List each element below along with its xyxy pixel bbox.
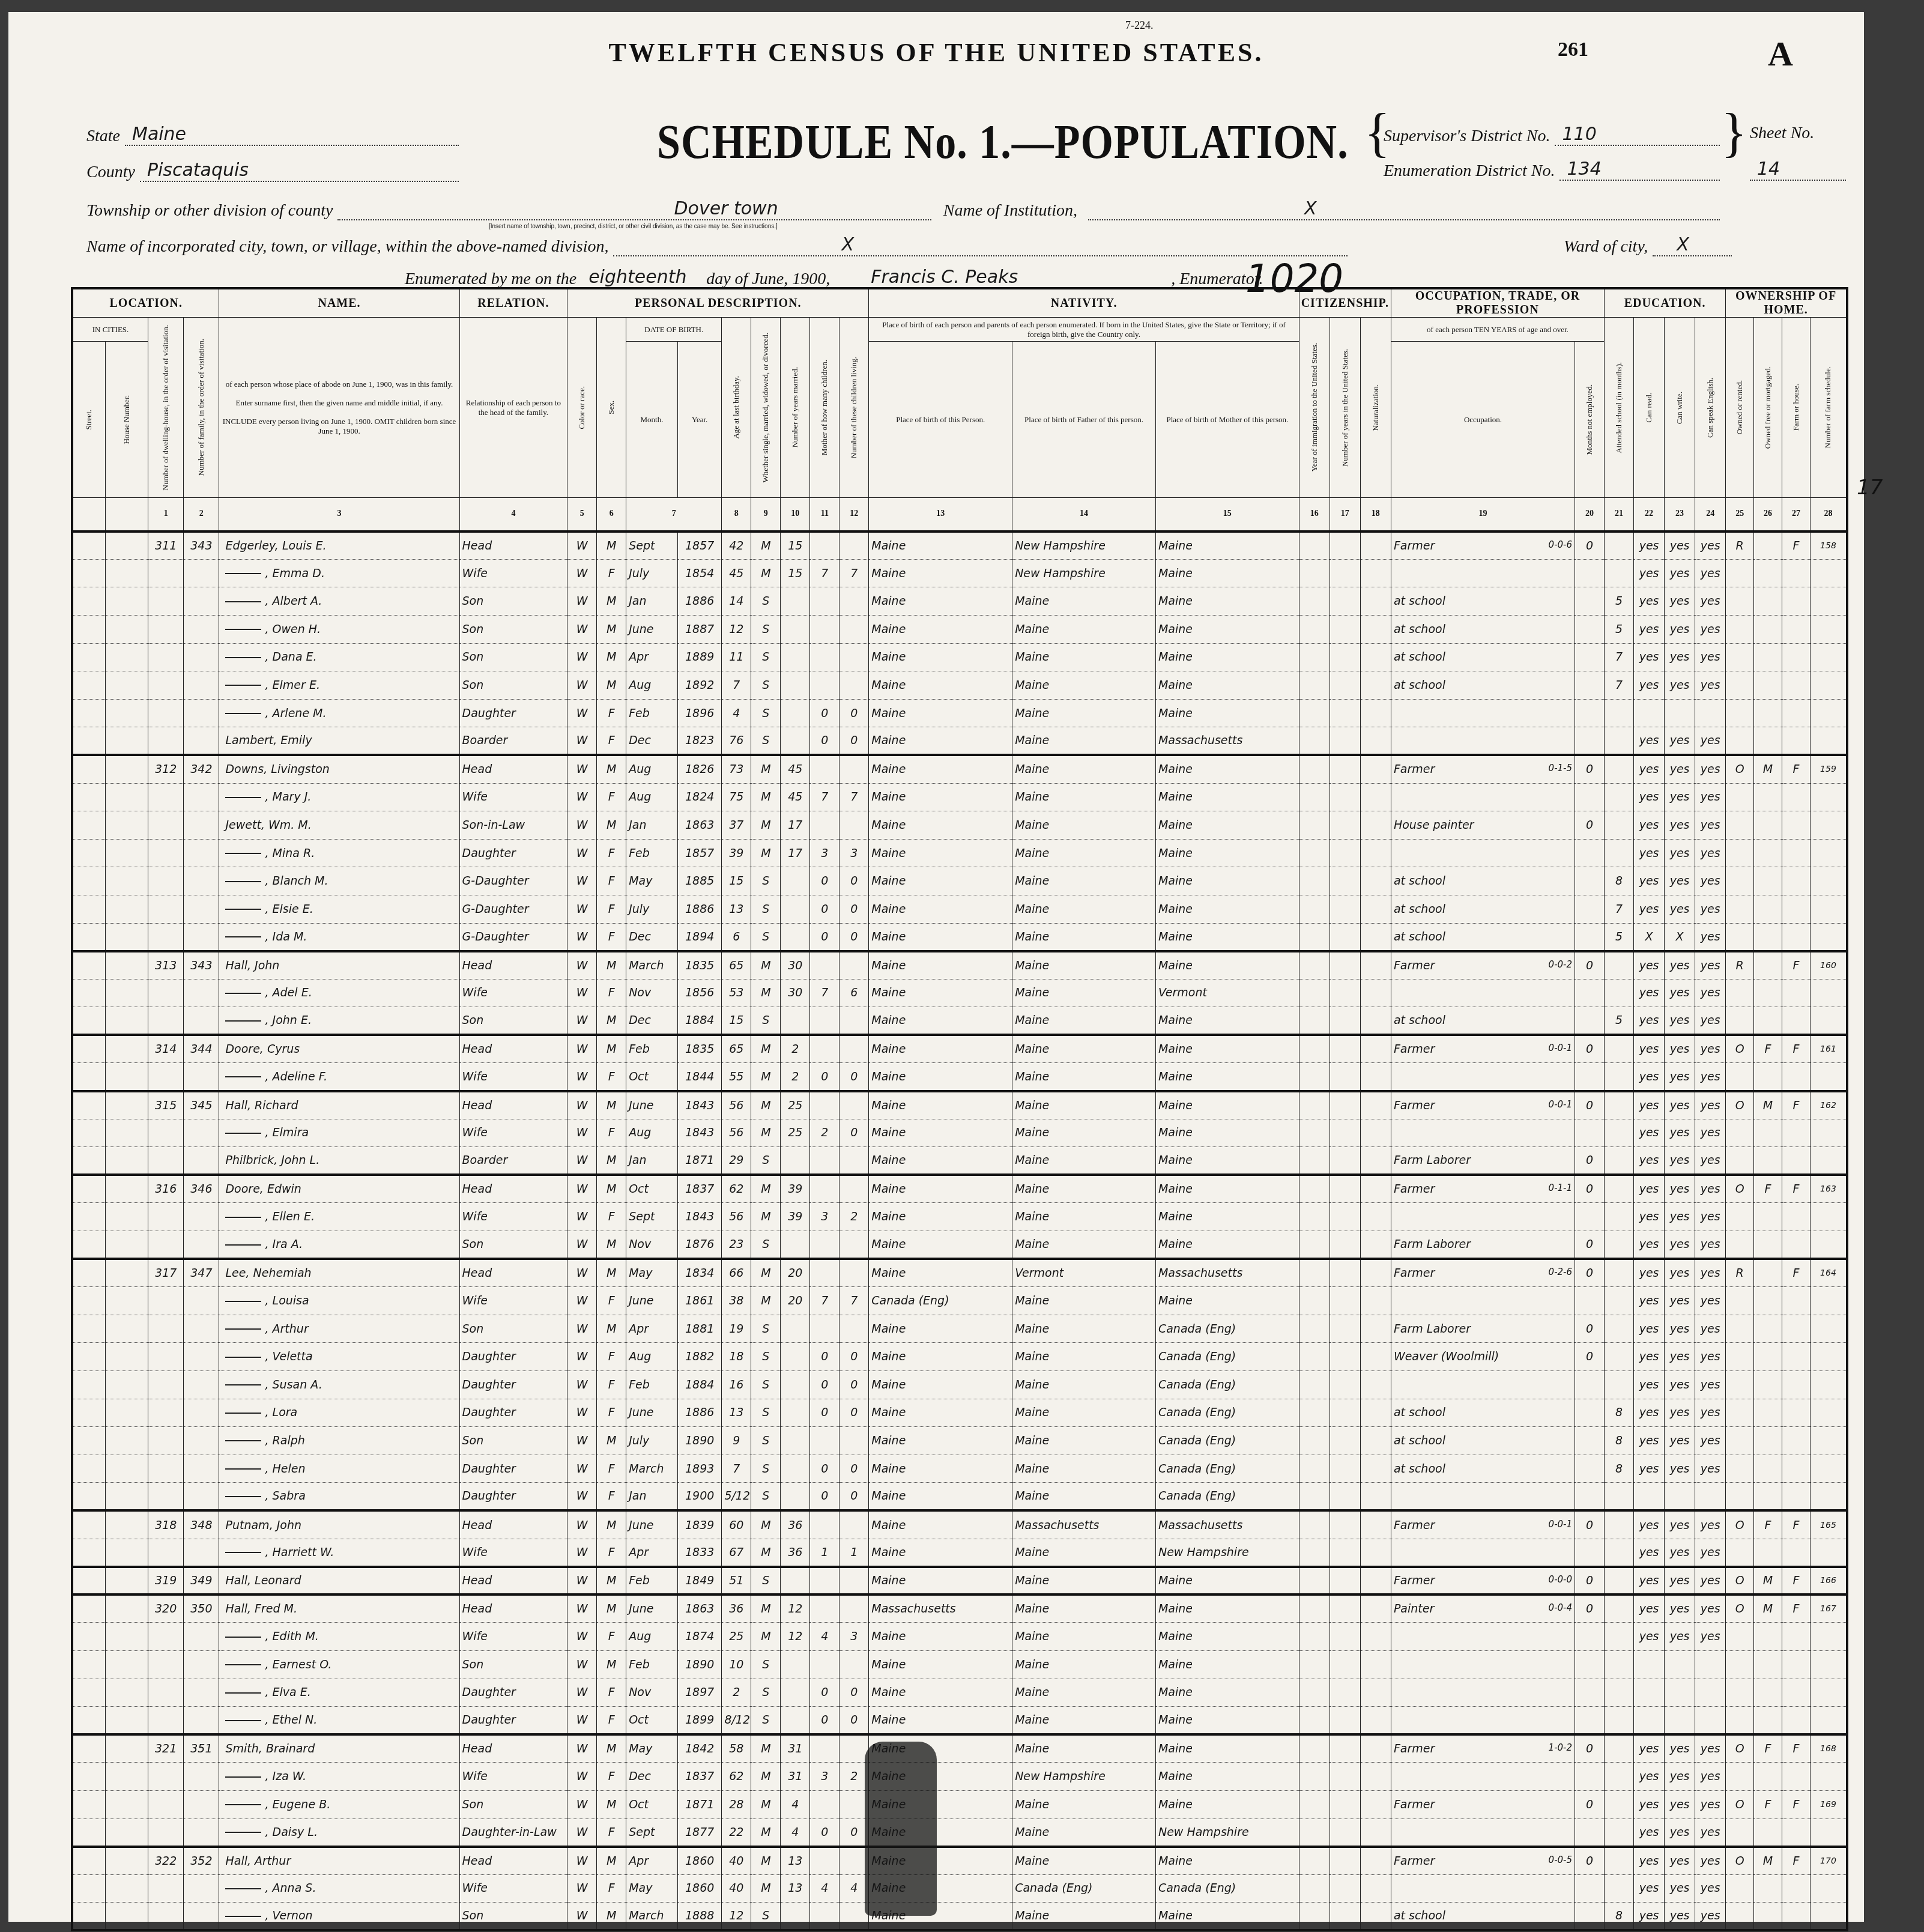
cell-children-living: 2 — [839, 1203, 869, 1231]
cell-can-read: yes — [1634, 1818, 1665, 1847]
cell-farm-schedule — [1810, 1874, 1847, 1903]
given-name: Ralph — [273, 1434, 305, 1447]
cell-name: , Louisa — [219, 1287, 459, 1315]
cell-occupation — [1391, 1539, 1575, 1567]
cell-father-birthplace: Maine — [1012, 699, 1156, 727]
cell-can-speak-english: yes — [1695, 811, 1726, 840]
occupation-code: 1-0-2 — [1549, 1742, 1572, 1753]
cell-birthplace: Maine — [869, 1203, 1012, 1231]
header-free-mortgaged: Owned free or mortgaged. — [1754, 318, 1782, 498]
occupation-text: Farmer — [1394, 763, 1435, 776]
cell-month: Jan — [626, 1147, 678, 1175]
cell-occupation: at school — [1391, 923, 1575, 951]
cell-street — [72, 587, 105, 616]
ditto-dash — [225, 1637, 261, 1638]
cell-street — [72, 1147, 105, 1175]
cell-occupation: Farm Laborer — [1391, 1147, 1575, 1175]
cell-immigration-year — [1299, 1203, 1330, 1231]
cell-naturalization — [1360, 531, 1391, 560]
cell-owned-rented: O — [1726, 1091, 1754, 1119]
ditto-dash — [225, 1832, 261, 1833]
cell-naturalization — [1360, 671, 1391, 700]
cell-yrs-married: 17 — [781, 811, 810, 840]
cell-owned-rented — [1726, 1818, 1754, 1847]
cell-free-mortgaged — [1754, 811, 1782, 840]
cell-naturalization — [1360, 1287, 1391, 1315]
cell-occupation: at school — [1391, 1455, 1575, 1483]
cell-owned-rented: O — [1726, 1510, 1754, 1539]
cell-immigration-year — [1299, 979, 1330, 1007]
cell-occupation: Farmer0-0-0 — [1391, 1567, 1575, 1595]
cell-street — [72, 1707, 105, 1735]
cell-father-birthplace: Maine — [1012, 1539, 1156, 1567]
cell-father-birthplace: New Hampshire — [1012, 1763, 1156, 1791]
cell-age: 15 — [722, 867, 751, 895]
cell-immigration-year — [1299, 1679, 1330, 1707]
cell-free-mortgaged: M — [1754, 1567, 1782, 1595]
cell-free-mortgaged — [1754, 1650, 1782, 1679]
cell-attended-school — [1605, 1203, 1634, 1231]
cell-dwelling — [148, 895, 184, 923]
cell-years-in-us — [1330, 839, 1360, 867]
cell-name: , Iza W. — [219, 1763, 459, 1791]
cell-mother-of — [810, 1847, 839, 1875]
table-row: 320350Hall, Fred M.HeadWMJune186336M12Ma… — [72, 1594, 1847, 1623]
cell-immigration-year — [1299, 1063, 1330, 1091]
county-field: County Piscataquis — [86, 160, 459, 182]
cell-free-mortgaged: M — [1754, 755, 1782, 783]
cell-color: W — [567, 1287, 597, 1315]
cell-farm-schedule — [1810, 783, 1847, 811]
ditto-dash — [225, 797, 261, 798]
cell-mother-birthplace: Maine — [1155, 1679, 1299, 1707]
cell-mother-of: 3 — [810, 839, 839, 867]
cell-can-read: yes — [1634, 783, 1665, 811]
cell-occupation: Farmer0-1-5 — [1391, 755, 1575, 783]
cell-years-in-us — [1330, 1427, 1360, 1455]
cell-owned-rented: R — [1726, 1259, 1754, 1287]
cell-can-write: yes — [1665, 671, 1695, 700]
cell-month: Sept — [626, 1203, 678, 1231]
cell-farm-house — [1782, 839, 1811, 867]
sheet-field: 14 — [1750, 159, 1846, 181]
cell-house — [105, 1623, 148, 1651]
cell-farm-schedule — [1810, 1399, 1847, 1427]
cell-occupation: at school — [1391, 1427, 1575, 1455]
cell-yrs-married: 30 — [781, 951, 810, 980]
ditto-dash — [225, 1133, 261, 1134]
cell-occupation — [1391, 1650, 1575, 1679]
cell-dwelling — [148, 1119, 184, 1147]
cell-house — [105, 1343, 148, 1371]
cell-farm-house — [1782, 1763, 1811, 1791]
cell-marital: S — [751, 1343, 781, 1371]
cell-father-birthplace: Maine — [1012, 1399, 1156, 1427]
cell-owned-rented — [1726, 1343, 1754, 1371]
cell-dwelling — [148, 839, 184, 867]
table-row: , Elmer E.SonWMAug18927SMaineMaineMainea… — [72, 671, 1847, 700]
state-field: State Maine — [86, 124, 459, 146]
cell-immigration-year — [1299, 615, 1330, 643]
cell-relation: Son — [459, 587, 567, 616]
cell-age: 37 — [722, 811, 751, 840]
cell-relation: Head — [459, 1035, 567, 1063]
cell-relation: Head — [459, 1259, 567, 1287]
cell-owned-rented — [1726, 615, 1754, 643]
cell-can-read: yes — [1634, 1035, 1665, 1063]
city-value: X — [613, 234, 1348, 256]
cell-color: W — [567, 1790, 597, 1818]
table-row: Jewett, Wm. M.Son-in-LawWMJan186337M17Ma… — [72, 811, 1847, 840]
table-row: , Edith M.WifeWFAug187425M1243MaineMaine… — [72, 1623, 1847, 1651]
cell-can-read — [1634, 1483, 1665, 1511]
cell-immigration-year — [1299, 1483, 1330, 1511]
cell-years-in-us — [1330, 1847, 1360, 1875]
cell-owned-rented: O — [1726, 1734, 1754, 1763]
cell-month: Aug — [626, 1343, 678, 1371]
cell-sex: M — [597, 1847, 626, 1875]
cell-birthplace: Massachusetts — [869, 1594, 1012, 1623]
cell-mother-of — [810, 811, 839, 840]
cell-family — [184, 1874, 219, 1903]
cell-can-speak-english — [1695, 1650, 1726, 1679]
table-row: , RalphSonWMJuly18909SMaineMaineCanada (… — [72, 1427, 1847, 1455]
cell-occupation — [1391, 1818, 1575, 1847]
cell-birthplace: Maine — [869, 1483, 1012, 1511]
cell-months-unemployed: 0 — [1575, 531, 1605, 560]
cell-immigration-year — [1299, 811, 1330, 840]
cell-street — [72, 1259, 105, 1287]
cell-age: 2 — [722, 1679, 751, 1707]
cell-mother-of: 7 — [810, 1287, 839, 1315]
cell-marital: M — [751, 1203, 781, 1231]
cell-years-in-us — [1330, 1539, 1360, 1567]
cell-naturalization — [1360, 1063, 1391, 1091]
cell-color: W — [567, 951, 597, 980]
cell-age: 13 — [722, 1399, 751, 1427]
given-name: John E. — [273, 1014, 312, 1027]
cell-naturalization — [1360, 1343, 1391, 1371]
cell-year: 1887 — [677, 615, 721, 643]
cell-attended-school: 7 — [1605, 895, 1634, 923]
cell-yrs-married — [781, 1427, 810, 1455]
cell-marital: S — [751, 643, 781, 671]
cell-name: Lambert, Emily — [219, 727, 459, 756]
cell-owned-rented — [1726, 1679, 1754, 1707]
cell-year: 1824 — [677, 783, 721, 811]
cell-children-living — [839, 1259, 869, 1287]
cell-children-living — [839, 1007, 869, 1035]
cell-year: 1892 — [677, 671, 721, 700]
cell-mother-of — [810, 1594, 839, 1623]
cell-children-living — [839, 1427, 869, 1455]
cell-color: W — [567, 1063, 597, 1091]
cell-relation: Wife — [459, 1874, 567, 1903]
given-name: Blanch M. — [273, 874, 328, 888]
cell-can-write: yes — [1665, 1035, 1695, 1063]
cell-street — [72, 1063, 105, 1091]
table-row: , Owen H.SonWMJune188712SMaineMaineMaine… — [72, 615, 1847, 643]
cell-dwelling — [148, 1903, 184, 1931]
cell-can-write: yes — [1665, 1623, 1695, 1651]
cell-mother-of: 0 — [810, 727, 839, 756]
cell-street — [72, 1399, 105, 1427]
cell-marital: M — [751, 1734, 781, 1763]
cell-dwelling — [148, 1707, 184, 1735]
cell-sex: F — [597, 1763, 626, 1791]
cell-family: 351 — [184, 1734, 219, 1763]
cell-can-speak-english: yes — [1695, 1903, 1726, 1931]
cell-name: , Arlene M. — [219, 699, 459, 727]
cell-occupation: at school — [1391, 587, 1575, 616]
cell-age: 75 — [722, 783, 751, 811]
cell-age: 51 — [722, 1567, 751, 1595]
cell-owned-rented — [1726, 1315, 1754, 1343]
cell-father-birthplace: Maine — [1012, 1035, 1156, 1063]
cell-relation: Boarder — [459, 1147, 567, 1175]
cell-months-unemployed: 0 — [1575, 1315, 1605, 1343]
cell-family: 343 — [184, 951, 219, 980]
table-row: , LoraDaughterWFJune188613S00MaineMaineC… — [72, 1399, 1847, 1427]
cell-months-unemployed: 0 — [1575, 1175, 1605, 1203]
cell-mother-birthplace: Maine — [1155, 615, 1299, 643]
ditto-dash — [225, 1440, 261, 1441]
cell-attended-school — [1605, 1063, 1634, 1091]
cell-father-birthplace: Maine — [1012, 923, 1156, 951]
cell-can-speak-english: yes — [1695, 979, 1726, 1007]
cell-dwelling — [148, 587, 184, 616]
cell-relation: G-Daughter — [459, 895, 567, 923]
cell-name: , Eugene B. — [219, 1790, 459, 1818]
cell-years-in-us — [1330, 1790, 1360, 1818]
column-number-row: 1 2 3 4 5 6 7 8 9 10 11 12 13 14 15 16 1… — [72, 498, 1847, 531]
cell-father-birthplace: Maine — [1012, 1903, 1156, 1931]
cell-house — [105, 1763, 148, 1791]
cell-free-mortgaged — [1754, 615, 1782, 643]
cell-color: W — [567, 699, 597, 727]
cell-dwelling — [148, 1287, 184, 1315]
cell-attended-school — [1605, 1594, 1634, 1623]
cell-name: , Dana E. — [219, 643, 459, 671]
cell-street — [72, 1287, 105, 1315]
cell-farm-house — [1782, 811, 1811, 840]
cell-immigration-year — [1299, 699, 1330, 727]
cell-can-write: yes — [1665, 531, 1695, 560]
cell-mother-birthplace: Maine — [1155, 1623, 1299, 1651]
cell-birthplace: Maine — [869, 1650, 1012, 1679]
cell-month: Oct — [626, 1790, 678, 1818]
cell-owned-rented — [1726, 1063, 1754, 1091]
cell-birthplace: Maine — [869, 1623, 1012, 1651]
cell-mother-of — [810, 1147, 839, 1175]
cell-color: W — [567, 531, 597, 560]
cell-can-speak-english — [1695, 1483, 1726, 1511]
cell-relation: Wife — [459, 979, 567, 1007]
cell-age: 36 — [722, 1594, 751, 1623]
surname: Edgerley — [225, 539, 274, 553]
cell-naturalization — [1360, 1259, 1391, 1287]
enumerated-field: Enumerated by me on the eighteenth day o… — [405, 267, 1546, 289]
cell-attended-school: 8 — [1605, 1903, 1634, 1931]
cell-can-write: yes — [1665, 1147, 1695, 1175]
occupation-code: 0-0-6 — [1549, 539, 1572, 550]
cell-age: 40 — [722, 1874, 751, 1903]
cell-street — [72, 895, 105, 923]
cell-immigration-year — [1299, 531, 1330, 560]
cell-owned-rented — [1726, 1874, 1754, 1903]
cell-sex: F — [597, 783, 626, 811]
cell-street — [72, 951, 105, 980]
cell-attended-school — [1605, 783, 1634, 811]
cell-free-mortgaged — [1754, 1903, 1782, 1931]
table-row: , LouisaWifeWFJune186138M2077Canada (Eng… — [72, 1287, 1847, 1315]
cell-can-write: yes — [1665, 783, 1695, 811]
cell-mother-of — [810, 1567, 839, 1595]
cell-yrs-married — [781, 727, 810, 756]
surname: Hall — [225, 1855, 247, 1868]
cell-naturalization — [1360, 1455, 1391, 1483]
cell-immigration-year — [1299, 1119, 1330, 1147]
cell-naturalization — [1360, 699, 1391, 727]
cell-color: W — [567, 587, 597, 616]
header-name: NAME. — [219, 288, 459, 318]
cell-dwelling — [148, 867, 184, 895]
cell-free-mortgaged — [1754, 727, 1782, 756]
cell-name: , Elsie E. — [219, 895, 459, 923]
cell-family — [184, 1287, 219, 1315]
occupation-text: House painter — [1394, 819, 1474, 832]
cell-mother-of: 0 — [810, 1371, 839, 1399]
cell-color: W — [567, 559, 597, 587]
cell-months-unemployed — [1575, 643, 1605, 671]
cell-immigration-year — [1299, 1231, 1330, 1259]
cell-immigration-year — [1299, 1007, 1330, 1035]
cell-relation: Daughter — [459, 699, 567, 727]
cell-birthplace: Canada (Eng) — [869, 1287, 1012, 1315]
cell-birthplace: Maine — [869, 755, 1012, 783]
cell-sex: M — [597, 1175, 626, 1203]
table-row: , Susan A.DaughterWFFeb188416S00MaineMai… — [72, 1371, 1847, 1399]
occupation-text: Farmer — [1394, 959, 1435, 972]
cell-farm-house — [1782, 699, 1811, 727]
cell-children-living: 0 — [839, 1679, 869, 1707]
cell-months-unemployed — [1575, 1203, 1605, 1231]
cell-yrs-married: 15 — [781, 531, 810, 560]
cell-yrs-married: 36 — [781, 1510, 810, 1539]
given-name: John L. — [281, 1154, 319, 1167]
cell-mother-of — [810, 643, 839, 671]
form-number: 7-224. — [1125, 19, 1154, 32]
cell-sex: M — [597, 1259, 626, 1287]
cell-immigration-year — [1299, 923, 1330, 951]
cell-marital: M — [751, 1510, 781, 1539]
cell-birthplace: Maine — [869, 979, 1012, 1007]
cell-can-speak-english — [1695, 1679, 1726, 1707]
cell-marital: S — [751, 1371, 781, 1399]
cell-name: , Blanch M. — [219, 867, 459, 895]
cell-house — [105, 1035, 148, 1063]
cell-occupation: at school — [1391, 671, 1575, 700]
cell-farm-house — [1782, 1650, 1811, 1679]
cell-relation: Wife — [459, 1063, 567, 1091]
cell-can-write: yes — [1665, 1091, 1695, 1119]
cell-can-speak-english: yes — [1695, 615, 1726, 643]
cell-farm-schedule: 168 — [1810, 1734, 1847, 1763]
cell-street — [72, 1035, 105, 1063]
cell-months-unemployed — [1575, 783, 1605, 811]
cell-month: July — [626, 559, 678, 587]
cell-house — [105, 1399, 148, 1427]
cell-father-birthplace: New Hampshire — [1012, 531, 1156, 560]
cell-owned-rented — [1726, 587, 1754, 616]
cell-yrs-married: 30 — [781, 979, 810, 1007]
cell-can-read: yes — [1634, 615, 1665, 643]
ditto-dash — [225, 1328, 261, 1330]
cell-attended-school — [1605, 755, 1634, 783]
cell-color: W — [567, 615, 597, 643]
header-years-married: Number of years married. — [781, 318, 810, 498]
surname: Smith — [225, 1742, 258, 1755]
cell-immigration-year — [1299, 951, 1330, 980]
cell-father-birthplace: Maine — [1012, 1707, 1156, 1735]
cell-year: 1897 — [677, 1679, 721, 1707]
cell-father-birthplace: Maine — [1012, 1315, 1156, 1343]
cell-birthplace: Maine — [869, 699, 1012, 727]
cell-color: W — [567, 671, 597, 700]
cell-house — [105, 867, 148, 895]
cell-relation: Boarder — [459, 727, 567, 756]
cell-house — [105, 1707, 148, 1735]
cell-age: 22 — [722, 1818, 751, 1847]
enumeration-district-field: Enumeration District No. 134 — [1384, 159, 1720, 181]
cell-birthplace: Maine — [869, 1510, 1012, 1539]
cell-street — [72, 1567, 105, 1595]
cell-children-living — [839, 1650, 869, 1679]
cell-occupation: at school — [1391, 643, 1575, 671]
cell-years-in-us — [1330, 951, 1360, 980]
given-name: Louisa — [273, 1294, 309, 1307]
cell-yrs-married: 45 — [781, 783, 810, 811]
cell-sex: M — [597, 587, 626, 616]
cell-house — [105, 895, 148, 923]
cell-family — [184, 671, 219, 700]
cell-years-in-us — [1330, 1763, 1360, 1791]
cell-color: W — [567, 1371, 597, 1399]
cell-mother-of: 0 — [810, 895, 839, 923]
cell-age: 45 — [722, 559, 751, 587]
cell-years-in-us — [1330, 531, 1360, 560]
cell-attended-school — [1605, 811, 1634, 840]
header-education: EDUCATION. — [1605, 288, 1726, 318]
cell-farm-house — [1782, 1343, 1811, 1371]
cell-occupation: at school — [1391, 1399, 1575, 1427]
cell-farm-house — [1782, 1483, 1811, 1511]
cell-months-unemployed — [1575, 615, 1605, 643]
cell-relation: Son — [459, 1903, 567, 1931]
cell-month: March — [626, 951, 678, 980]
cell-name: Jewett, Wm. M. — [219, 811, 459, 840]
given-name: Louis E. — [282, 539, 327, 553]
cell-can-read: yes — [1634, 979, 1665, 1007]
cell-dwelling — [148, 1147, 184, 1175]
cell-can-write: yes — [1665, 1007, 1695, 1035]
surname: Lambert — [225, 734, 273, 747]
cell-farm-house — [1782, 1818, 1811, 1847]
table-row: , Emma D.WifeWFJuly185445M1577MaineNew H… — [72, 559, 1847, 587]
cell-months-unemployed: 0 — [1575, 1734, 1605, 1763]
cell-dwelling — [148, 671, 184, 700]
cell-yrs-married — [781, 923, 810, 951]
